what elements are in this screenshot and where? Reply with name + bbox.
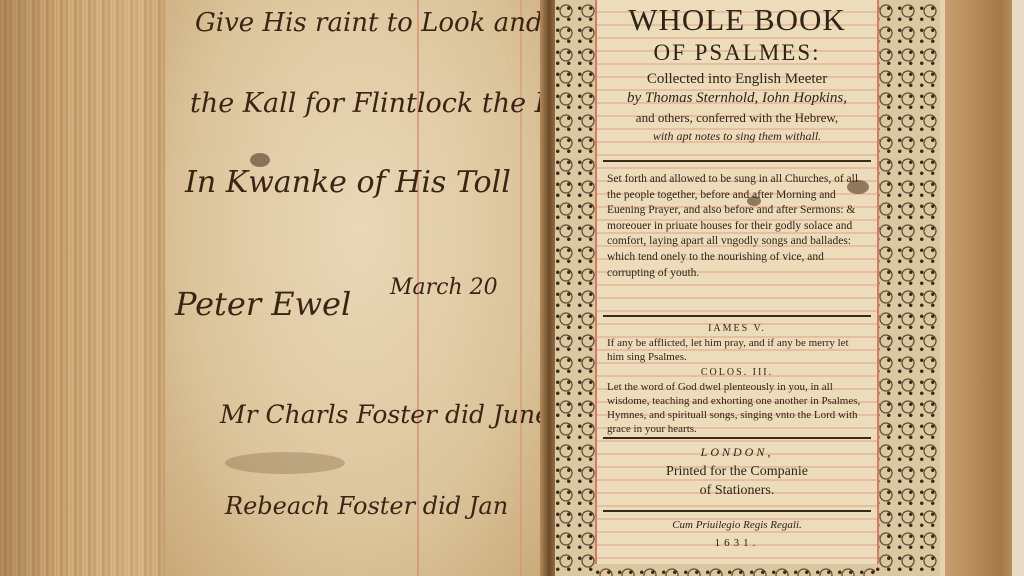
title-text-block: WHOLE BOOK OF PSALMES: Collected into En… <box>595 0 879 564</box>
imprint: LONDON, Printed for the Companie of Stat… <box>597 443 877 500</box>
divider <box>603 437 871 439</box>
ink-stain <box>847 180 869 194</box>
intro-authors: by Thomas Sternhold, Iohn Hopkins, <box>597 89 877 108</box>
imprint-line: of Stationers. <box>597 481 877 500</box>
privilege-text: Cum Priuilegio Regis Regali. <box>597 516 877 534</box>
title-body: Set forth and allowed to be sung in all … <box>597 172 877 281</box>
intro-line: with apt notes to sing them withall. <box>597 127 877 146</box>
scripture-text: If any be afflicted, let him pray, and i… <box>607 336 867 364</box>
scripture-ref: COLOS. III. <box>607 366 867 380</box>
red-margin-rule <box>520 0 522 576</box>
scripture-ref: IAMES V. <box>607 322 867 336</box>
handwritten-line: In Kwanke of His Toll <box>185 165 511 200</box>
book-back-pages <box>945 0 1024 576</box>
ornamental-border-right <box>875 0 940 576</box>
imprint-line: Printed for the Companie <box>597 462 877 481</box>
right-title-page: WHOLE BOOK OF PSALMES: Collected into En… <box>555 0 945 576</box>
divider <box>603 510 871 512</box>
handwritten-line: Peter Ewel <box>175 285 351 323</box>
imprint-city: LONDON, <box>597 443 877 462</box>
scripture-text: Let the word of God dwel plenteously in … <box>607 380 867 436</box>
intro-line: and others, conferred with the Hebrew, <box>597 108 877 127</box>
smudge <box>225 452 345 474</box>
ink-stain <box>747 196 761 206</box>
handwritten-line: Mr Charls Foster did June <box>220 400 550 429</box>
title-intro: Collected into English Meeter by Thomas … <box>597 70 877 146</box>
intro-line: Collected into English Meeter <box>597 70 877 89</box>
title-line-1: WHOLE BOOK <box>597 2 877 38</box>
book-fore-edge <box>0 0 170 576</box>
privilege: Cum Priuilegio Regis Regali. 1631. <box>597 516 877 552</box>
publication-year: 1631. <box>597 534 877 552</box>
ornamental-border-bottom <box>595 564 875 576</box>
ink-blot <box>250 153 270 167</box>
book-photo: Give His raint to Look and when the Kall… <box>0 0 1024 576</box>
title-line-2: OF PSALMES: <box>597 40 877 66</box>
scripture-quotes: IAMES V. If any be afflicted, let him pr… <box>597 320 877 436</box>
divider <box>603 315 871 317</box>
left-manuscript-page: Give His raint to Look and when the Kall… <box>165 0 555 576</box>
handwritten-date: March 20 <box>390 275 498 300</box>
ornamental-border-left <box>555 0 595 576</box>
divider <box>603 160 871 162</box>
handwritten-line: the Kall for Flintlock the Lod <box>190 88 586 119</box>
handwritten-line: Rebeach Foster did Jan <box>225 492 508 520</box>
